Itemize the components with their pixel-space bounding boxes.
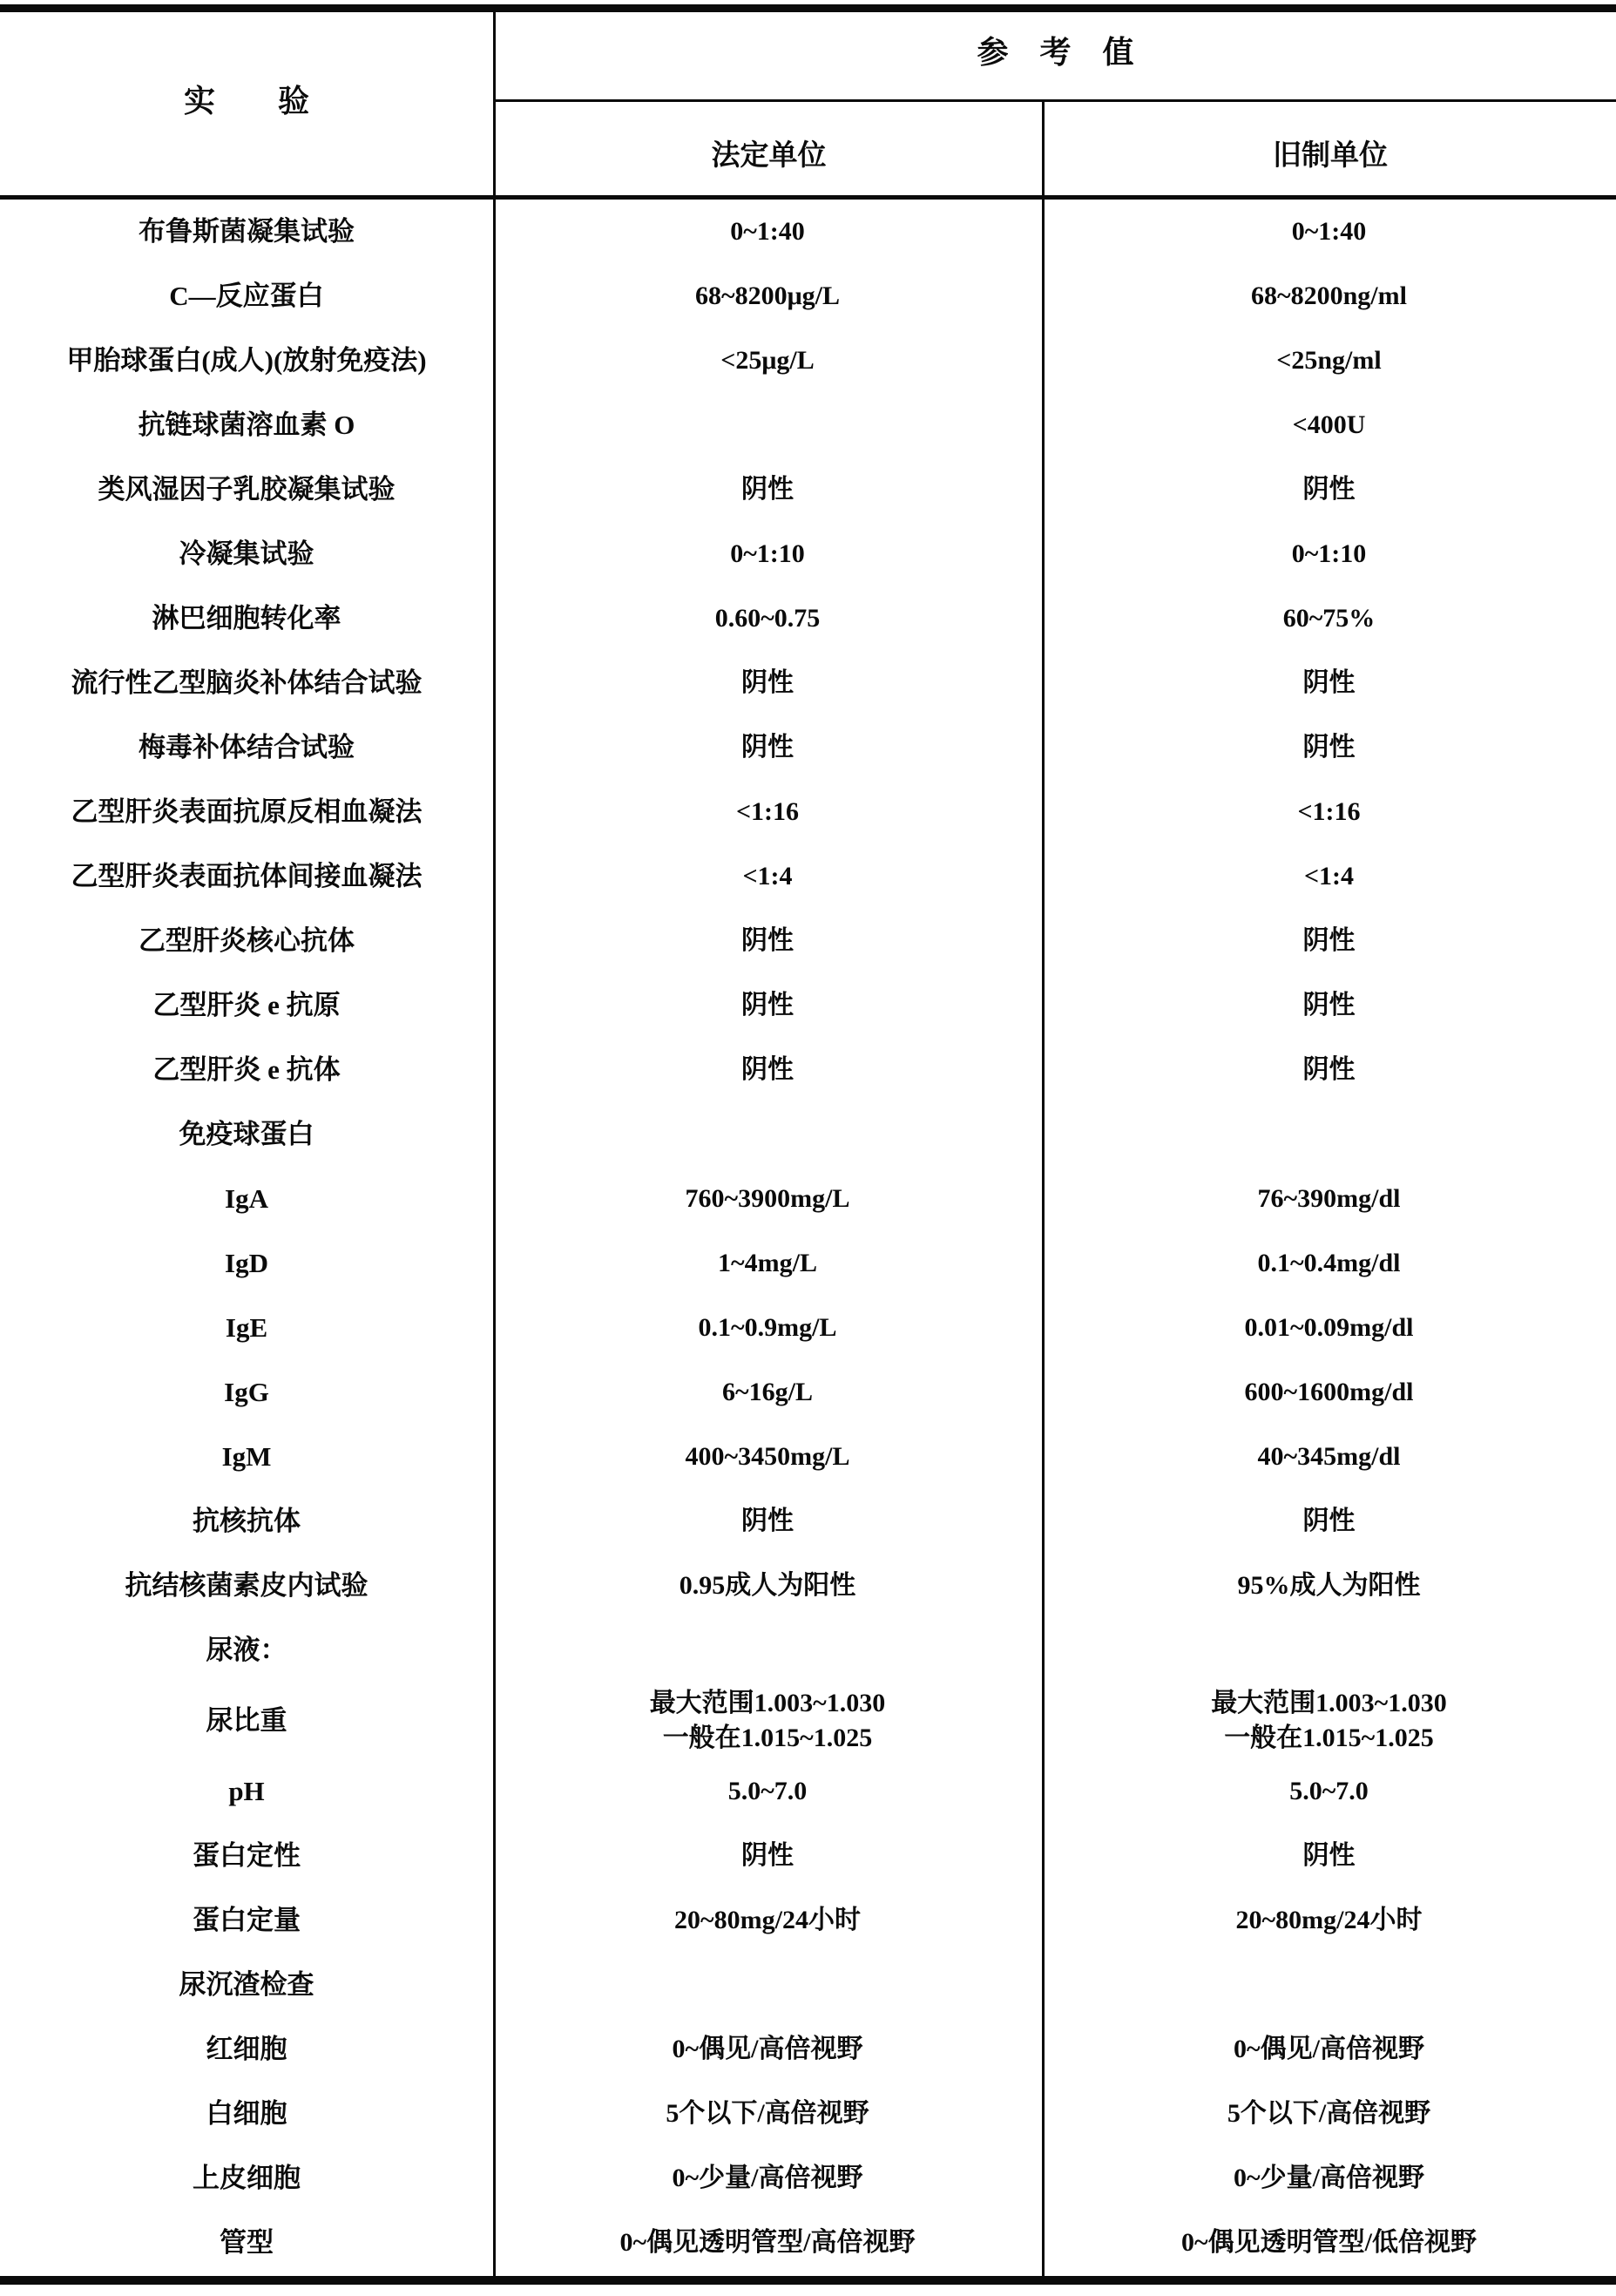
- test-name-cell: 尿液：: [0, 1618, 493, 1683]
- table-row: 尿液：: [0, 1618, 1616, 1683]
- old-unit-cell: 0~1:40: [1042, 200, 1616, 264]
- old-unit-cell: 0~偶见透明管型/低倍视野: [1042, 2211, 1616, 2275]
- legal-unit-cell: 0.1~0.9mg/L: [493, 1296, 1042, 1360]
- table-row: IgE0.1~0.9mg/L0.01~0.09mg/dl: [0, 1296, 1616, 1360]
- table-row: IgG6~16g/L600~1600mg/dl: [0, 1360, 1616, 1425]
- legal-unit-cell: 68~8200μg/L: [493, 264, 1042, 328]
- test-name-cell: 乙型肝炎表面抗体间接血凝法: [0, 844, 493, 909]
- test-name-cell: 布鲁斯菌凝集试验: [0, 200, 493, 264]
- table-row: 上皮细胞0~少量/高倍视野0~少量/高倍视野: [0, 2146, 1616, 2211]
- legal-unit-cell: 0~偶见透明管型/高倍视野: [493, 2211, 1042, 2275]
- old-unit-cell: 阴性: [1042, 651, 1616, 715]
- old-unit-cell: 60~75%: [1042, 586, 1616, 651]
- column-header-experiment: 实 验: [0, 77, 493, 121]
- old-unit-cell: 0~1:10: [1042, 522, 1616, 586]
- table-row: 乙型肝炎 e 抗体阴性阴性: [0, 1038, 1616, 1102]
- old-unit-cell: <1:16: [1042, 780, 1616, 844]
- reference-header-underline: [495, 99, 1616, 102]
- test-name-cell: 上皮细胞: [0, 2146, 493, 2211]
- legal-unit-cell: 6~16g/L: [493, 1360, 1042, 1425]
- table-row: 乙型肝炎核心抗体阴性阴性: [0, 909, 1616, 973]
- test-name-cell: IgE: [0, 1296, 493, 1360]
- old-unit-cell: <400U: [1042, 393, 1616, 457]
- old-unit-cell: 阴性: [1042, 973, 1616, 1038]
- old-unit-cell: 600~1600mg/dl: [1042, 1360, 1616, 1425]
- legal-unit-cell: 5个以下/高倍视野: [493, 2082, 1042, 2146]
- legal-unit-cell: 0~少量/高倍视野: [493, 2146, 1042, 2211]
- table-row: 抗核抗体阴性阴性: [0, 1489, 1616, 1554]
- test-name-cell: 尿比重: [0, 1683, 493, 1759]
- old-unit-cell: [1042, 1953, 1616, 2017]
- test-name-cell: 乙型肝炎核心抗体: [0, 909, 493, 973]
- old-unit-cell: 95%成人为阳性: [1042, 1554, 1616, 1618]
- old-unit-cell: 0~偶见/高倍视野: [1042, 2017, 1616, 2082]
- test-name-cell: 乙型肝炎表面抗原反相血凝法: [0, 780, 493, 844]
- test-name-cell: 甲胎球蛋白(成人)(放射免疫法): [0, 328, 493, 393]
- test-name-cell: 冷凝集试验: [0, 522, 493, 586]
- test-name-cell: IgM: [0, 1425, 493, 1489]
- legal-unit-cell: <1:4: [493, 844, 1042, 909]
- test-name-cell: 红细胞: [0, 2017, 493, 2082]
- old-unit-cell: <25ng/ml: [1042, 328, 1616, 393]
- old-unit-cell: 阴性: [1042, 909, 1616, 973]
- test-name-cell: 流行性乙型脑炎补体结合试验: [0, 651, 493, 715]
- test-name-cell: 蛋白定性: [0, 1824, 493, 1888]
- old-unit-cell: 0~少量/高倍视野: [1042, 2146, 1616, 2211]
- table-row: pH5.0~7.05.0~7.0: [0, 1759, 1616, 1824]
- old-unit-cell: 20~80mg/24小时: [1042, 1888, 1616, 1953]
- table-row: IgA760~3900mg/L76~390mg/dl: [0, 1167, 1616, 1231]
- test-name-cell: 蛋白定量: [0, 1888, 493, 1953]
- legal-unit-cell: 阴性: [493, 1038, 1042, 1102]
- old-unit-cell: 76~390mg/dl: [1042, 1167, 1616, 1231]
- column-header-old-unit: 旧制单位: [1045, 132, 1616, 173]
- legal-unit-cell: 阴性: [493, 909, 1042, 973]
- table-row: 蛋白定量20~80mg/24小时20~80mg/24小时: [0, 1888, 1616, 1953]
- old-unit-cell: 阴性: [1042, 457, 1616, 522]
- table-row: 抗链球菌溶血素 O<400U: [0, 393, 1616, 457]
- old-unit-cell: 68~8200ng/ml: [1042, 264, 1616, 328]
- test-name-cell: 乙型肝炎 e 抗原: [0, 973, 493, 1038]
- table-row: 梅毒补体结合试验阴性阴性: [0, 715, 1616, 780]
- legal-unit-cell: 阴性: [493, 651, 1042, 715]
- table-row: 淋巴细胞转化率0.60~0.7560~75%: [0, 586, 1616, 651]
- old-unit-cell: 阴性: [1042, 715, 1616, 780]
- table-row: 乙型肝炎 e 抗原阴性阴性: [0, 973, 1616, 1038]
- test-name-cell: 白细胞: [0, 2082, 493, 2146]
- table-row: 类风湿因子乳胶凝集试验阴性阴性: [0, 457, 1616, 522]
- table-row: 白细胞5个以下/高倍视野5个以下/高倍视野: [0, 2082, 1616, 2146]
- legal-unit-cell: 0.60~0.75: [493, 586, 1042, 651]
- legal-unit-cell: 400~3450mg/L: [493, 1425, 1042, 1489]
- test-name-cell: 类风湿因子乳胶凝集试验: [0, 457, 493, 522]
- table-bottom-border: [0, 2276, 1616, 2285]
- table-row: 免疫球蛋白: [0, 1102, 1616, 1167]
- legal-unit-cell: [493, 393, 1042, 457]
- table-row: 流行性乙型脑炎补体结合试验阴性阴性: [0, 651, 1616, 715]
- test-name-cell: 乙型肝炎 e 抗体: [0, 1038, 493, 1102]
- column-header-legal-unit: 法定单位: [496, 132, 1042, 173]
- old-unit-cell: 40~345mg/dl: [1042, 1425, 1616, 1489]
- legal-unit-cell: 5.0~7.0: [493, 1759, 1042, 1824]
- table-row: 布鲁斯菌凝集试验0~1:400~1:40: [0, 200, 1616, 264]
- scanned-reference-table-page: 实 验 参 考 值 法定单位 旧制单位 布鲁斯菌凝集试验0~1:400~1:40…: [0, 0, 1616, 2296]
- legal-unit-cell: 阴性: [493, 457, 1042, 522]
- test-name-cell: C—反应蛋白: [0, 264, 493, 328]
- legal-unit-cell: [493, 1953, 1042, 2017]
- test-name-cell: pH: [0, 1759, 493, 1824]
- table-row: 冷凝集试验0~1:100~1:10: [0, 522, 1616, 586]
- table-row: 甲胎球蛋白(成人)(放射免疫法)<25μg/L<25ng/ml: [0, 328, 1616, 393]
- table-row: 管型0~偶见透明管型/高倍视野0~偶见透明管型/低倍视野: [0, 2211, 1616, 2275]
- legal-unit-cell: 阴性: [493, 973, 1042, 1038]
- legal-unit-cell: 阴性: [493, 715, 1042, 780]
- legal-unit-cell: 1~4mg/L: [493, 1231, 1042, 1296]
- test-name-cell: 淋巴细胞转化率: [0, 586, 493, 651]
- test-name-cell: 梅毒补体结合试验: [0, 715, 493, 780]
- test-name-cell: 免疫球蛋白: [0, 1102, 493, 1167]
- table-row: 乙型肝炎表面抗体间接血凝法<1:4<1:4: [0, 844, 1616, 909]
- legal-unit-cell: [493, 1618, 1042, 1683]
- test-name-cell: 尿沉渣检查: [0, 1953, 493, 2017]
- old-unit-cell: [1042, 1102, 1616, 1167]
- table-row: 抗结核菌素皮内试验0.95成人为阳性95%成人为阳性: [0, 1554, 1616, 1618]
- old-unit-cell: 最大范围1.003~1.030 一般在1.015~1.025: [1042, 1683, 1616, 1759]
- legal-unit-cell: 阴性: [493, 1824, 1042, 1888]
- legal-unit-cell: 最大范围1.003~1.030 一般在1.015~1.025: [493, 1683, 1042, 1759]
- old-unit-cell: 阴性: [1042, 1489, 1616, 1554]
- test-name-cell: 抗链球菌溶血素 O: [0, 393, 493, 457]
- old-unit-cell: 5个以下/高倍视野: [1042, 2082, 1616, 2146]
- table-row: C—反应蛋白68~8200μg/L68~8200ng/ml: [0, 264, 1616, 328]
- legal-unit-cell: 0~1:40: [493, 200, 1042, 264]
- legal-unit-cell: 0~1:10: [493, 522, 1042, 586]
- test-name-cell: 抗核抗体: [0, 1489, 493, 1554]
- old-unit-cell: <1:4: [1042, 844, 1616, 909]
- old-unit-cell: 阴性: [1042, 1824, 1616, 1888]
- table-body: 布鲁斯菌凝集试验0~1:400~1:40C—反应蛋白68~8200μg/L68~…: [0, 200, 1616, 2275]
- table-row: IgD1~4mg/L0.1~0.4mg/dl: [0, 1231, 1616, 1296]
- column-header-reference-value: 参 考 值: [495, 28, 1616, 72]
- table-row: 红细胞0~偶见/高倍视野0~偶见/高倍视野: [0, 2017, 1616, 2082]
- legal-unit-cell: <1:16: [493, 780, 1042, 844]
- old-unit-cell: 0.1~0.4mg/dl: [1042, 1231, 1616, 1296]
- table-row: 蛋白定性阴性阴性: [0, 1824, 1616, 1888]
- legal-unit-cell: <25μg/L: [493, 328, 1042, 393]
- legal-unit-cell: 0.95成人为阳性: [493, 1554, 1042, 1618]
- table-row: 尿比重最大范围1.003~1.030 一般在1.015~1.025最大范围1.0…: [0, 1683, 1616, 1759]
- old-unit-cell: 0.01~0.09mg/dl: [1042, 1296, 1616, 1360]
- test-name-cell: IgD: [0, 1231, 493, 1296]
- table-top-border: [0, 4, 1616, 12]
- legal-unit-cell: 阴性: [493, 1489, 1042, 1554]
- test-name-cell: IgG: [0, 1360, 493, 1425]
- legal-unit-cell: 760~3900mg/L: [493, 1167, 1042, 1231]
- test-name-cell: IgA: [0, 1167, 493, 1231]
- old-unit-cell: 5.0~7.0: [1042, 1759, 1616, 1824]
- table-row: IgM400~3450mg/L40~345mg/dl: [0, 1425, 1616, 1489]
- legal-unit-cell: 0~偶见/高倍视野: [493, 2017, 1042, 2082]
- test-name-cell: 抗结核菌素皮内试验: [0, 1554, 493, 1618]
- legal-unit-cell: [493, 1102, 1042, 1167]
- test-name-cell: 管型: [0, 2211, 493, 2275]
- legal-unit-cell: 20~80mg/24小时: [493, 1888, 1042, 1953]
- old-unit-cell: [1042, 1618, 1616, 1683]
- table-row: 乙型肝炎表面抗原反相血凝法<1:16<1:16: [0, 780, 1616, 844]
- old-unit-cell: 阴性: [1042, 1038, 1616, 1102]
- table-row: 尿沉渣检查: [0, 1953, 1616, 2017]
